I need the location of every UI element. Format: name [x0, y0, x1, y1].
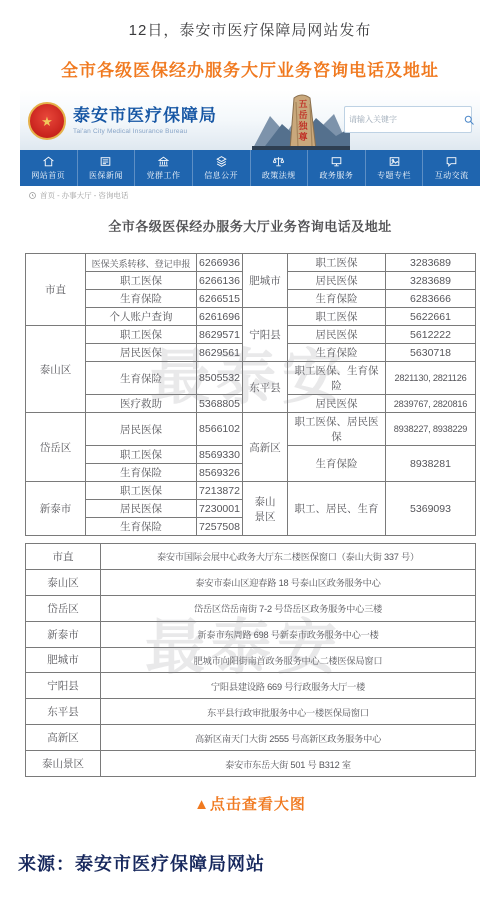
data-cell: 8938281: [386, 446, 476, 482]
search-icon[interactable]: [463, 114, 475, 126]
data-cell: 3283689: [386, 272, 476, 290]
data-cell: 8569330: [197, 446, 243, 464]
data-cell: 居民医保: [86, 500, 197, 518]
table-row: 泰山景区泰安市东岳大街 501 号 B312 室: [26, 751, 476, 777]
region-cell: 新泰市: [26, 621, 101, 647]
article-title: 全市各级医保经办服务大厅业务咨询电话及地址: [0, 56, 500, 81]
data-cell: 7230001: [197, 500, 243, 518]
data-cell: 8629561: [197, 344, 243, 362]
data-cell: 生育保险: [86, 290, 197, 308]
bureau-title-group: 泰安市医疗保障局 Tai'an City Medical Insurance B…: [73, 107, 217, 135]
bank-icon: [157, 155, 170, 168]
breadcrumb: 首页 - 办事大厅 - 咨询电话: [20, 186, 480, 204]
nav-label: 网站首页: [31, 170, 65, 181]
source-attribution: 来源：泰安市医疗保障局网站: [18, 850, 265, 876]
nav-item-news[interactable]: 医保新闻: [78, 150, 136, 186]
region-cell: 泰山景区: [26, 751, 101, 777]
table-row: 肥城市肥城市向阳街南首政务服务中心二楼医保局窗口: [26, 647, 476, 673]
data-cell: 东平县行政审批服务中心一楼医保局窗口: [101, 699, 476, 725]
data-cell: 泰安市泰山区迎春路 18 号泰山区政务服务中心: [101, 569, 476, 595]
bureau-name-en: Tai'an City Medical Insurance Bureau: [73, 128, 217, 135]
data-cell: 6266936: [197, 254, 243, 272]
table-row: 岱岳区岱岳区岱岳南街 7-2 号岱岳区政务服务中心三楼: [26, 595, 476, 621]
data-cell: 7213872: [197, 482, 243, 500]
data-cell: 肥城市向阳街南首政务服务中心二楼医保局窗口: [101, 647, 476, 673]
data-cell: 职工医保、生育保险: [288, 362, 386, 395]
data-cell: 岱岳区岱岳南街 7-2 号岱岳区政务服务中心三楼: [101, 595, 476, 621]
image-icon: [388, 155, 401, 168]
news-icon: [99, 155, 112, 168]
article-lead-text: 12日，泰安市医疗保障局网站发布: [0, 19, 500, 40]
region-cell: 新泰市: [26, 482, 86, 536]
table-row: 东平县东平县行政审批服务中心一楼医保局窗口: [26, 699, 476, 725]
data-cell: 8938227, 8938229: [386, 413, 476, 446]
region-cell: 高新区: [243, 413, 288, 482]
table-row: 新泰市新泰市东周路 698 号新泰市政务服务中心一楼: [26, 621, 476, 647]
mountain-photo: 五岳独尊: [252, 90, 350, 150]
data-cell: 6283666: [386, 290, 476, 308]
svg-text:岳: 岳: [298, 109, 307, 120]
data-cell: 职工医保: [86, 326, 197, 344]
data-cell: 8569326: [197, 464, 243, 482]
nav-item-topics[interactable]: 专题专栏: [366, 150, 424, 186]
region-cell: 宁阳县: [243, 308, 288, 362]
data-cell: 生育保险: [86, 362, 197, 395]
data-cell: 职工医保: [86, 446, 197, 464]
data-cell: 生育保险: [86, 464, 197, 482]
table-row: 生育保险8505532东平县职工医保、生育保险2821130, 2821126: [26, 362, 476, 395]
data-cell: 5368805: [197, 395, 243, 413]
national-emblem-icon: ★: [28, 102, 66, 140]
breadcrumb-icon: [28, 191, 37, 200]
region-cell: 岱岳区: [26, 413, 86, 482]
data-cell: 2821130, 2821126: [386, 362, 476, 395]
nav-label: 专题专栏: [377, 170, 411, 181]
data-cell: 7257508: [197, 518, 243, 536]
region-cell: 肥城市: [26, 647, 101, 673]
data-cell: 职工医保: [288, 254, 386, 272]
search-box: [344, 106, 472, 133]
scales-icon: [272, 155, 285, 168]
data-cell: 8505532: [197, 362, 243, 395]
monitor-icon: [330, 155, 343, 168]
region-cell: 高新区: [26, 725, 101, 751]
data-cell: 新泰市东周路 698 号新泰市政务服务中心一楼: [101, 621, 476, 647]
table-row: 个人账户查询6261696宁阳县职工医保5622661: [26, 308, 476, 326]
nav-label: 政策法规: [262, 170, 296, 181]
site-banner: ★ 泰安市医疗保障局 Tai'an City Medical Insurance…: [20, 90, 480, 150]
region-cell: 肥城市: [243, 254, 288, 308]
chat-icon: [445, 155, 458, 168]
svg-text:尊: 尊: [298, 131, 307, 142]
data-cell: 宁阳县建设路 669 号行政服务大厅一楼: [101, 673, 476, 699]
address-table: 市直泰安市国际会展中心政务大厅东二楼医保窗口（泰山大街 337 号）泰山区泰安市…: [25, 543, 476, 777]
nav-item-home[interactable]: 网站首页: [20, 150, 78, 186]
data-cell: 生育保险: [288, 290, 386, 308]
view-large-image-link[interactable]: ▲点击查看大图: [0, 793, 500, 814]
table-row: 岱岳区居民医保8566102高新区职工医保、居民医保8938227, 89382…: [26, 413, 476, 446]
data-cell: 个人账户查询: [86, 308, 197, 326]
nav-label: 党群工作: [147, 170, 181, 181]
data-cell: 居民医保: [288, 395, 386, 413]
site-logo-group[interactable]: ★ 泰安市医疗保障局 Tai'an City Medical Insurance…: [28, 102, 217, 140]
address-table-body: 市直泰安市国际会展中心政务大厅东二楼医保窗口（泰山大街 337 号）泰山区泰安市…: [26, 544, 476, 777]
data-cell: 5630718: [386, 344, 476, 362]
website-screenshot: ★ 泰安市医疗保障局 Tai'an City Medical Insurance…: [20, 90, 480, 204]
region-cell: 市直: [26, 254, 86, 326]
region-cell: 岱岳区: [26, 595, 101, 621]
nav-item-party[interactable]: 党群工作: [135, 150, 193, 186]
table-row: 市直泰安市国际会展中心政务大厅东二楼医保窗口（泰山大街 337 号）: [26, 544, 476, 570]
data-cell: 医疗救助: [86, 395, 197, 413]
phone-table-body: 市直医保关系转移、登记申报6266936肥城市职工医保3283689职工医保62…: [26, 254, 476, 536]
data-cell: 5369093: [386, 482, 476, 536]
data-cell: 居民医保: [288, 326, 386, 344]
nav-label: 政务服务: [319, 170, 353, 181]
region-cell: 泰山区: [26, 326, 86, 413]
nav-item-interact[interactable]: 互动交流: [423, 150, 480, 186]
table-title: 全市各级医保经办服务大厅业务咨询电话及地址: [0, 216, 500, 235]
region-cell: 宁阳县: [26, 673, 101, 699]
data-cell: 职工医保: [86, 482, 197, 500]
nav-item-services[interactable]: 政务服务: [308, 150, 366, 186]
table-row: 泰山区泰安市泰山区迎春路 18 号泰山区政务服务中心: [26, 569, 476, 595]
main-nav: 网站首页 医保新闻 党群工作 信息公开 政策法规 政务服务 专题专栏 互动交流: [20, 150, 480, 186]
nav-label: 信息公开: [204, 170, 238, 181]
region-cell: 泰山区: [26, 569, 101, 595]
data-cell: 生育保险: [288, 446, 386, 482]
data-cell: 5622661: [386, 308, 476, 326]
breadcrumb-text[interactable]: 首页 - 办事大厅 - 咨询电话: [40, 190, 128, 201]
data-cell: 8566102: [197, 413, 243, 446]
data-cell: 泰安市国际会展中心政务大厅东二楼医保窗口（泰山大街 337 号）: [101, 544, 476, 570]
region-cell: 东平县: [26, 699, 101, 725]
bureau-name: 泰安市医疗保障局: [73, 107, 217, 126]
data-cell: 职工、居民、生育: [288, 482, 386, 536]
svg-text:独: 独: [297, 120, 308, 131]
data-cell: 居民医保: [86, 413, 197, 446]
table-row: 宁阳县宁阳县建设路 669 号行政服务大厅一楼: [26, 673, 476, 699]
svg-text:五: 五: [298, 99, 307, 109]
region-cell: 泰山 景区: [243, 482, 288, 536]
data-cell: 5612222: [386, 326, 476, 344]
nav-label: 医保新闻: [89, 170, 123, 181]
data-cell: 医保关系转移、登记申报: [86, 254, 197, 272]
data-cell: 居民医保: [288, 272, 386, 290]
region-cell: 市直: [26, 544, 101, 570]
table-row: 市直医保关系转移、登记申报6266936肥城市职工医保3283689: [26, 254, 476, 272]
table-row: 高新区高新区南天门大街 2555 号高新区政务服务中心: [26, 725, 476, 751]
data-cell: 职工医保: [288, 308, 386, 326]
layers-icon: [215, 155, 228, 168]
data-cell: 6266515: [197, 290, 243, 308]
data-cell: 居民医保: [86, 344, 197, 362]
search-input[interactable]: [345, 115, 463, 124]
data-cell: 高新区南天门大街 2555 号高新区政务服务中心: [101, 725, 476, 751]
nav-item-info[interactable]: 信息公开: [193, 150, 251, 186]
nav-label: 互动交流: [435, 170, 469, 181]
data-cell: 3283689: [386, 254, 476, 272]
data-cell: 职工医保、居民医保: [288, 413, 386, 446]
data-cell: 6261696: [197, 308, 243, 326]
data-cell: 6266136: [197, 272, 243, 290]
nav-item-policy[interactable]: 政策法规: [251, 150, 309, 186]
data-cell: 2839767, 2820816: [386, 395, 476, 413]
data-cell: 职工医保: [86, 272, 197, 290]
phone-table: 市直医保关系转移、登记申报6266936肥城市职工医保3283689职工医保62…: [25, 253, 476, 536]
data-cell: 生育保险: [288, 344, 386, 362]
table-row: 新泰市职工医保7213872泰山 景区职工、居民、生育5369093: [26, 482, 476, 500]
home-icon: [42, 155, 55, 168]
data-cell: 8629571: [197, 326, 243, 344]
region-cell: 东平县: [243, 362, 288, 413]
data-cell: 生育保险: [86, 518, 197, 536]
data-cell: 泰安市东岳大街 501 号 B312 室: [101, 751, 476, 777]
